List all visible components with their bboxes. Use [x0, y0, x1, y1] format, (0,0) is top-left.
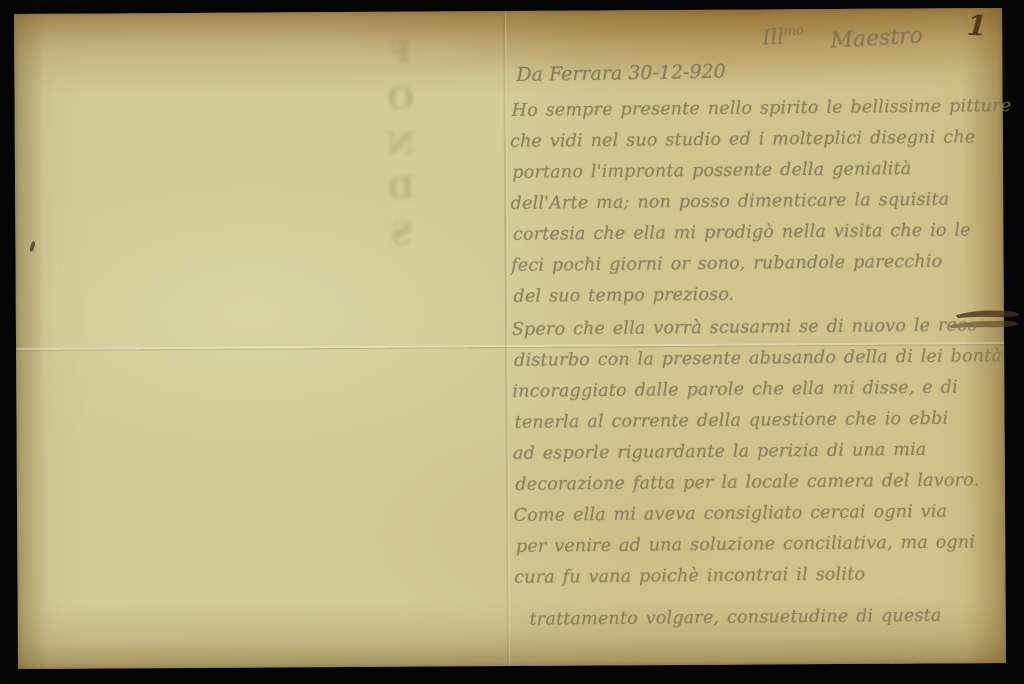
- page-number: 1: [966, 9, 988, 43]
- paper-speck: [29, 241, 36, 253]
- letter-line: trattamento volgare, consuetudine di que…: [529, 600, 1008, 636]
- letter-line: decorazione fatta per la locale camera d…: [515, 465, 1007, 501]
- letter-line: Spero che ella vorrà scusarmi se di nuov…: [512, 310, 1004, 346]
- letter-line: cura fu vana poichè incontrai il solito: [514, 558, 1006, 594]
- salutation-main: Ill: [762, 24, 785, 49]
- letter-line: del suo tempo prezioso.: [513, 277, 1005, 313]
- dateline: Da Ferrara 30-12-920: [516, 61, 726, 86]
- letter-line: Come ella mi aveva consigliato cercai og…: [513, 496, 1005, 532]
- fold-crease-vertical: [503, 11, 509, 666]
- photo-backdrop: FONDS 1 IllmoMaestro Da Ferrara 30-12-92…: [0, 0, 1024, 684]
- letter-line: tenerla al corrente della questione che …: [515, 403, 1007, 439]
- letter-line: feci pochi giorni or sono, rubandole par…: [511, 246, 1003, 282]
- stamp-bleedthrough: FONDS: [382, 36, 419, 261]
- letter-line: che vidi nel suo studio ed i molteplici …: [510, 122, 1002, 158]
- letter-line: disturbo con la presente abusando della …: [514, 341, 1006, 377]
- salutation-superscript: mo: [783, 23, 804, 39]
- letter-line: Ho sempre presente nello spirito le bell…: [512, 91, 1004, 127]
- letter-line: per venire ad una soluzione conciliativa…: [516, 527, 1008, 563]
- salutation-title: Maestro: [830, 23, 924, 53]
- letter-line: incoraggiato dalle parole che ella mi di…: [512, 372, 1004, 408]
- letter-paper: FONDS 1 IllmoMaestro Da Ferrara 30-12-92…: [14, 8, 1006, 669]
- letter-line: dell'Arte ma; non posso dimenticare la s…: [510, 184, 1002, 220]
- salutation: IllmoMaestro: [762, 16, 924, 50]
- letter-line: cortesia che ella mi prodigò nella visit…: [513, 215, 1005, 251]
- letter-body: Ho sempre presente nello spirito le bell…: [512, 91, 1009, 636]
- letter-line: ad esporle riguardante la perizia di una…: [513, 434, 1005, 470]
- letter-line: portano l'impronta possente della genial…: [512, 153, 1004, 189]
